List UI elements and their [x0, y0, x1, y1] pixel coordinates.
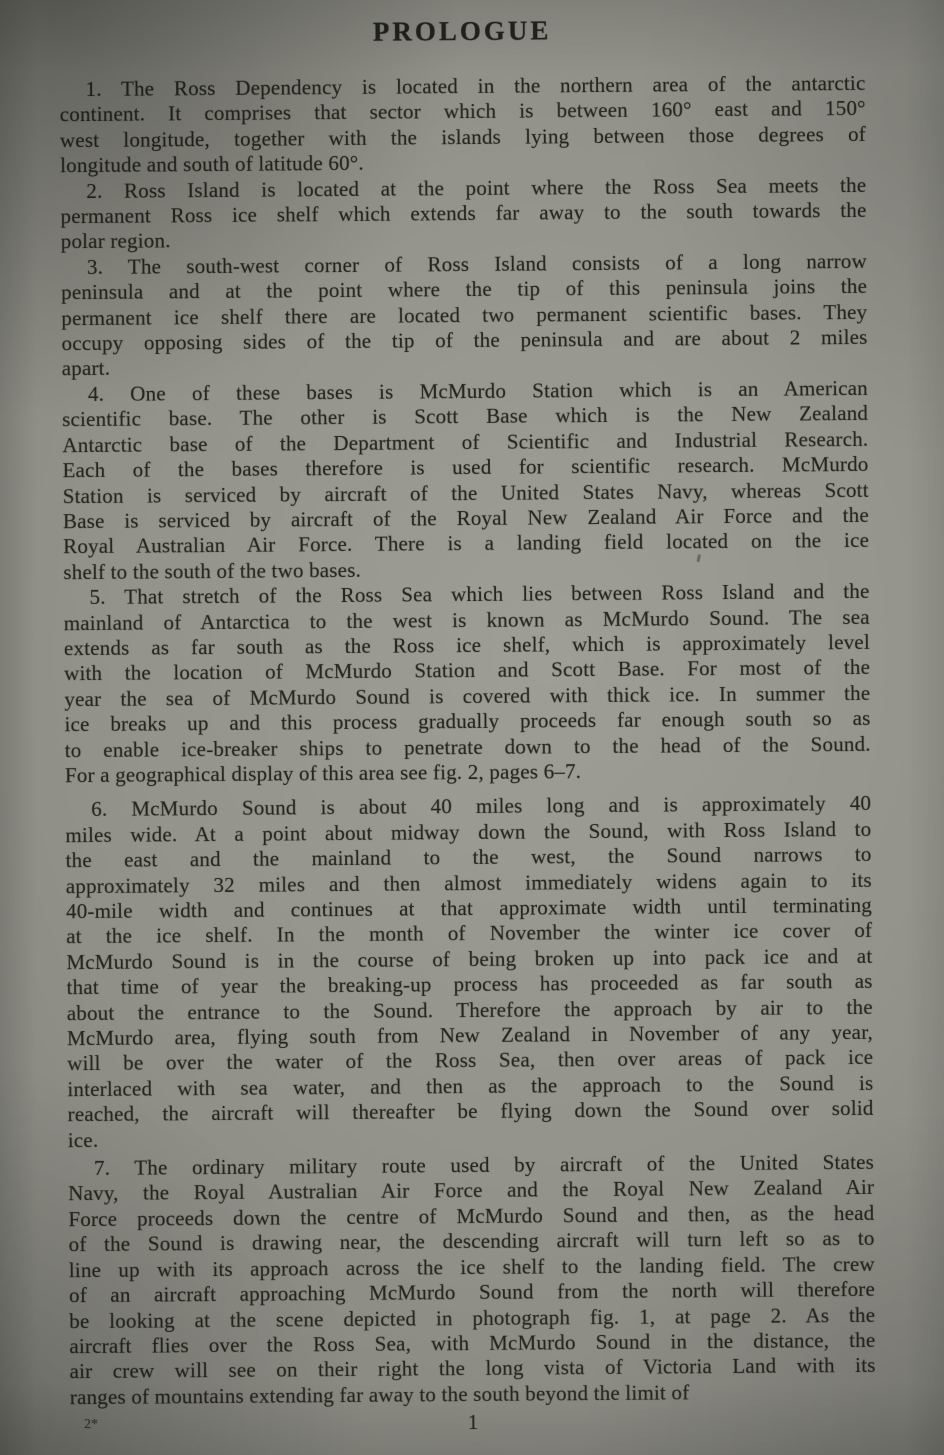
paragraph-5: 5. That stretch of the Ross Sea which li…: [63, 579, 871, 789]
text-line: ranges of mountains extending far away t…: [70, 1379, 876, 1411]
paragraph-3: 3. The south-west corner of Ross Island …: [61, 249, 868, 382]
paragraph-2: 2. Ross Island is located at the point w…: [60, 173, 867, 256]
paragraph-1: 1. The Ross Dependency is located in the…: [59, 71, 866, 179]
page-title: PROLOGUE: [59, 13, 865, 50]
page-number: 1: [70, 1407, 876, 1438]
paragraph-7: 7. The ordinary military route used by a…: [68, 1150, 876, 1410]
body-text: 1. The Ross Dependency is located in the…: [59, 71, 875, 1410]
paragraph-6: 6. McMurdo Sound is about 40 miles long …: [65, 791, 874, 1153]
text-line: For a geographical display of this area …: [65, 757, 871, 789]
book-page-photo: PROLOGUE 1. The Ross Dependency is locat…: [0, 0, 944, 1455]
page-content: PROLOGUE 1. The Ross Dependency is locat…: [0, 0, 944, 1455]
paragraph-4: 4. One of these bases is McMurdo Station…: [62, 376, 870, 586]
